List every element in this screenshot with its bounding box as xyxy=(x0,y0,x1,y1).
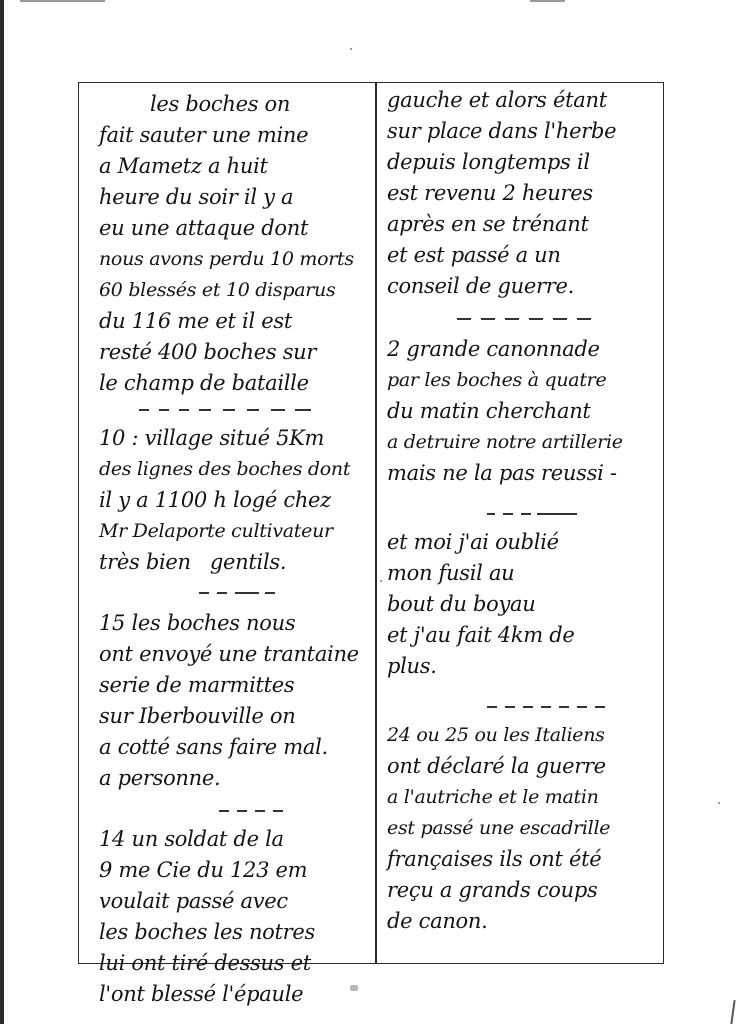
text-line: est revenu 2 heures xyxy=(387,178,655,209)
text-line: sur Iberbouville on xyxy=(99,701,367,732)
text-line: il y a 1100 h logé chez xyxy=(99,485,367,516)
diary-entry: et moi j'ai oublié mon fusil au bout du … xyxy=(387,527,655,682)
entry-separator xyxy=(99,794,367,824)
text-line: 9 me Cie du 123 em xyxy=(99,855,367,886)
text-line: le champ de bataille xyxy=(99,368,367,399)
text-line: lui ont tiré dessus et xyxy=(99,948,367,979)
text-line: a l'autriche et le matin xyxy=(387,782,655,813)
scan-left-edge xyxy=(0,0,4,1024)
text-line: serie de marmittes xyxy=(99,670,367,701)
text-line: nous avons perdu 10 morts xyxy=(99,244,367,275)
text-line: les boches on xyxy=(99,89,367,120)
text-line: 60 blessés et 10 disparus xyxy=(99,275,367,306)
text-line: bout du boyau xyxy=(387,589,655,620)
text-line: mais ne la pas reussi - xyxy=(387,458,655,489)
scan-corner-mark xyxy=(730,1000,735,1024)
text-line: reçu a grands coups xyxy=(387,875,655,906)
page-frame: les boches on fait sauter une mine a Mam… xyxy=(78,82,664,964)
text-line: resté 400 boches sur xyxy=(99,337,367,368)
diary-entry: gauche et alors étant sur place dans l'h… xyxy=(387,85,655,302)
text-line: et j'au fait 4km de xyxy=(387,620,655,651)
text-line: gauche et alors étant xyxy=(387,85,655,116)
diary-entry: 10 : village situé 5Km des lignes des bo… xyxy=(99,423,367,578)
text-line: 2 grande canonnade xyxy=(387,334,655,365)
text-line: mon fusil au xyxy=(387,558,655,589)
text-line: et moi j'ai oublié xyxy=(387,527,655,558)
text-line: françaises ils ont été xyxy=(387,844,655,875)
text-line: du matin cherchant xyxy=(387,396,655,427)
text-line: ont déclaré la guerre xyxy=(387,751,655,782)
text-line: est passé une escadrille xyxy=(387,813,655,844)
text-line: des lignes des boches dont xyxy=(99,454,367,485)
diary-entry: 14 un soldat de la 9 me Cie du 123 em vo… xyxy=(99,824,367,1010)
text-line: de canon. xyxy=(387,906,655,937)
right-column: gauche et alors étant sur place dans l'h… xyxy=(377,83,663,963)
diary-entry: 15 les boches nous ont envoyé une tranta… xyxy=(99,608,367,794)
text-line: 24 ou 25 ou les Italiens xyxy=(387,720,655,751)
text-line: fait sauter une mine xyxy=(99,120,367,151)
text-line: plus. xyxy=(387,651,655,682)
scan-artifact-mark xyxy=(350,985,358,991)
text-line: a detruire notre artillerie xyxy=(387,427,655,458)
text-line: a cotté sans faire mal. xyxy=(99,732,367,763)
scan-speck xyxy=(350,48,352,50)
text-line: depuis longtemps il xyxy=(387,147,655,178)
text-line: après en se trénant xyxy=(387,209,655,240)
scan-speck xyxy=(380,580,382,582)
diary-entry: les boches on fait sauter une mine a Mam… xyxy=(99,89,367,399)
text-line: ont envoyé une trantaine xyxy=(99,639,367,670)
scan-top-mark xyxy=(20,0,105,2)
text-line: 14 un soldat de la xyxy=(99,824,367,855)
scan-top-mark xyxy=(530,0,565,2)
entry-separator xyxy=(99,578,367,608)
entry-separator xyxy=(99,399,367,423)
text-line: heure du soir il y a xyxy=(99,182,367,213)
text-line: a personne. xyxy=(99,763,367,794)
text-line: et est passé a un xyxy=(387,240,655,271)
text-line: l'ont blessé l'épaule xyxy=(99,979,367,1010)
entry-separator xyxy=(387,302,655,334)
text-line: Mr Delaporte cultivateur xyxy=(99,516,367,547)
text-line: a Mametz a huit xyxy=(99,151,367,182)
text-line: conseil de guerre. xyxy=(387,271,655,302)
diary-entry: 24 ou 25 ou les Italiens ont déclaré la … xyxy=(387,720,655,937)
left-column: les boches on fait sauter une mine a Mam… xyxy=(79,83,375,963)
text-line: 15 les boches nous xyxy=(99,608,367,639)
text-line: très bien gentils. xyxy=(99,547,367,578)
text-line: 10 : village situé 5Km xyxy=(99,423,367,454)
text-line: voulait passé avec xyxy=(99,886,367,917)
entry-separator xyxy=(387,489,655,527)
diary-entry: 2 grande canonnade par les boches à quat… xyxy=(387,334,655,489)
text-line: du 116 me et il est xyxy=(99,306,367,337)
text-line: eu une attaque dont xyxy=(99,213,367,244)
entry-separator xyxy=(387,682,655,720)
text-line: par les boches à quatre xyxy=(387,365,655,396)
scan-speck xyxy=(718,802,720,804)
text-line: sur place dans l'herbe xyxy=(387,116,655,147)
text-line: les boches les notres xyxy=(99,917,367,948)
